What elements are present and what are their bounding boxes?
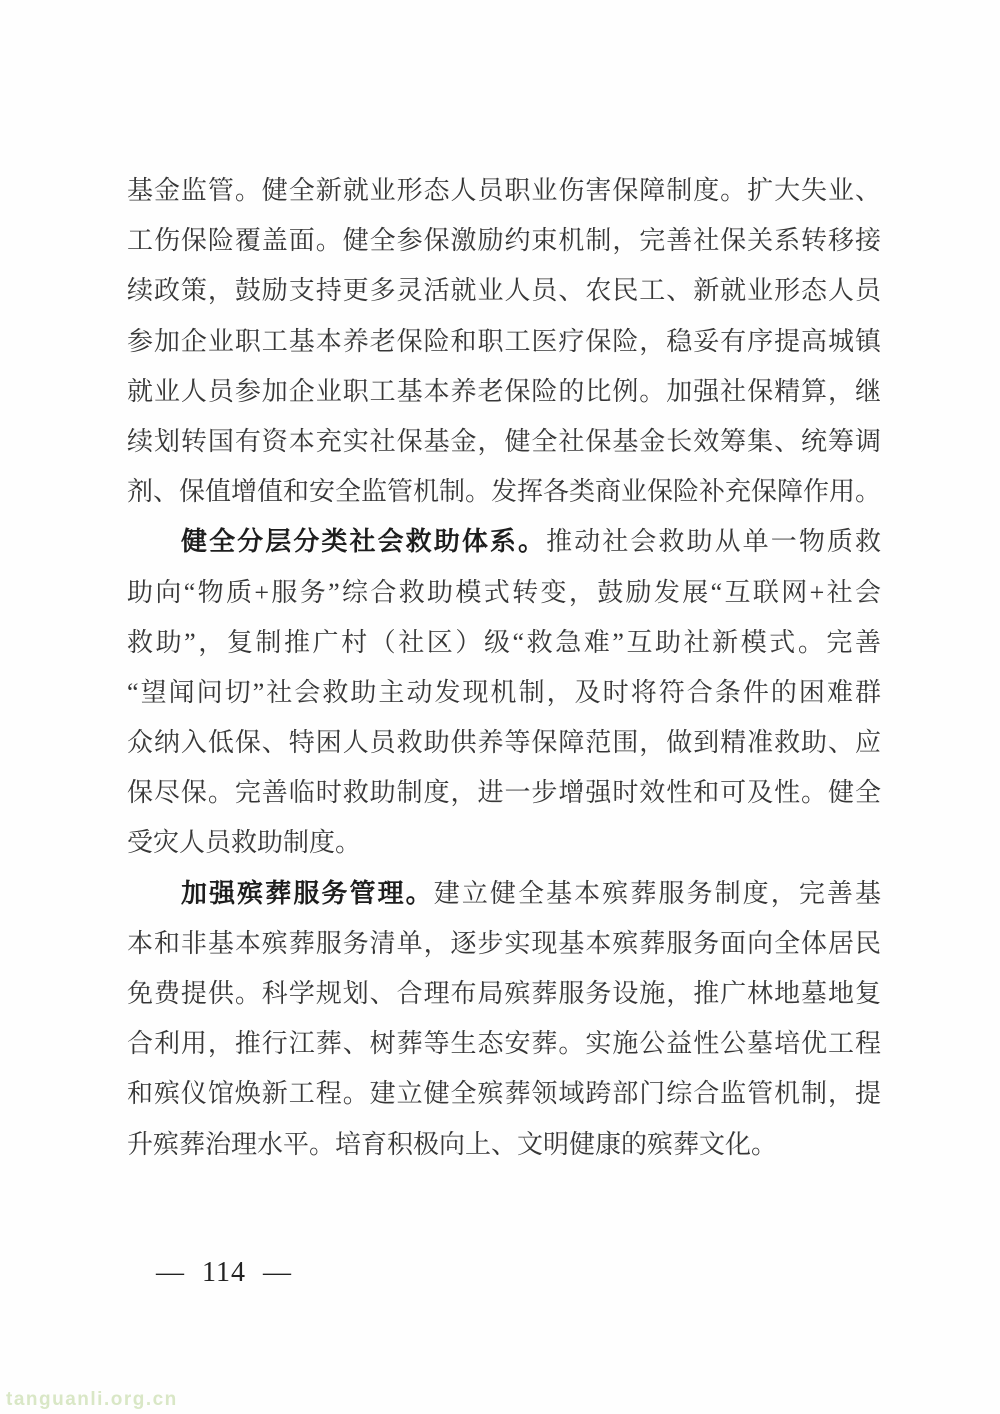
text-line: 受灾人员救助制度。	[127, 818, 881, 868]
text-line: 保尽保。完善临时救助制度，进一步增强时效性和可及性。健全	[127, 768, 881, 818]
text-line: 参加企业职工基本养老保险和职工医疗保险，稳妥有序提高城镇	[127, 317, 881, 367]
document-page: 基金监管。健全新就业形态人员职业伤害保障制度。扩大失业、 工伤保险覆盖面。健全参…	[0, 0, 1000, 1414]
text-line: 就业人员参加企业职工基本养老保险的比例。加强社保精算，继	[127, 367, 881, 417]
text-line: 本和非基本殡葬服务清单，逐步实现基本殡葬服务面向全体居民	[127, 919, 881, 969]
text-line: 工伤保险覆盖面。健全参保激励约束机制，完善社保关系转移接	[127, 216, 881, 266]
body-text: 基金监管。健全新就业形态人员职业伤害保障制度。扩大失业、 工伤保险覆盖面。健全参…	[127, 166, 881, 1170]
text-line: 续政策，鼓励支持更多灵活就业人员、农民工、新就业形态人员	[127, 266, 881, 316]
text-line: 免费提供。科学规划、合理布局殡葬服务设施，推广林地墓地复	[127, 969, 881, 1019]
paragraph-bold-lead: 加强殡葬服务管理。	[181, 879, 434, 908]
watermark: tanguanli.org.cn	[6, 1388, 178, 1412]
text-line: 助向“物质+服务”综合救助模式转变，鼓励发展“互联网+社会	[127, 568, 881, 618]
text-line: 剂、保值增值和安全监管机制。发挥各类商业保险补充保障作用。	[127, 467, 881, 517]
paragraph-funeral-service: 加强殡葬服务管理。建立健全基本殡葬服务制度，完善基 本和非基本殡葬服务清单，逐步…	[127, 869, 881, 1170]
text-line: 升殡葬治理水平。培育积极向上、文明健康的殡葬文化。	[127, 1120, 881, 1170]
paragraph-lead-line: 加强殡葬服务管理。建立健全基本殡葬服务制度，完善基	[127, 869, 881, 919]
text-line: 救助”，复制推广村（社区）级“救急难”互助社新模式。完善	[127, 618, 881, 668]
lead-line-text: 建立健全基本殡葬服务制度，完善基	[434, 879, 881, 908]
paragraph-social-insurance: 基金监管。健全新就业形态人员职业伤害保障制度。扩大失业、 工伤保险覆盖面。健全参…	[127, 166, 881, 517]
paragraph-social-assistance: 健全分层分类社会救助体系。推动社会救助从单一物质救 助向“物质+服务”综合救助模…	[127, 517, 881, 868]
text-line: 续划转国有资本充实社保基金，健全社保基金长效筹集、统筹调	[127, 417, 881, 467]
paragraph-bold-lead: 健全分层分类社会救助体系。	[181, 527, 546, 556]
text-line: 基金监管。健全新就业形态人员职业伤害保障制度。扩大失业、	[127, 166, 881, 216]
text-line: 众纳入低保、特困人员救助供养等保障范围，做到精准救助、应	[127, 718, 881, 768]
text-line: 和殡仪馆焕新工程。建立健全殡葬领域跨部门综合监管机制，提	[127, 1069, 881, 1119]
text-line: “望闻问切”社会救助主动发现机制，及时将符合条件的困难群	[127, 668, 881, 718]
text-line: 合利用，推行江葬、树葬等生态安葬。实施公益性公墓培优工程	[127, 1019, 881, 1069]
lead-line-text: 推动社会救助从单一物质救	[546, 527, 881, 556]
page-number: — 114 —	[156, 1256, 292, 1290]
paragraph-lead-line: 健全分层分类社会救助体系。推动社会救助从单一物质救	[127, 517, 881, 567]
